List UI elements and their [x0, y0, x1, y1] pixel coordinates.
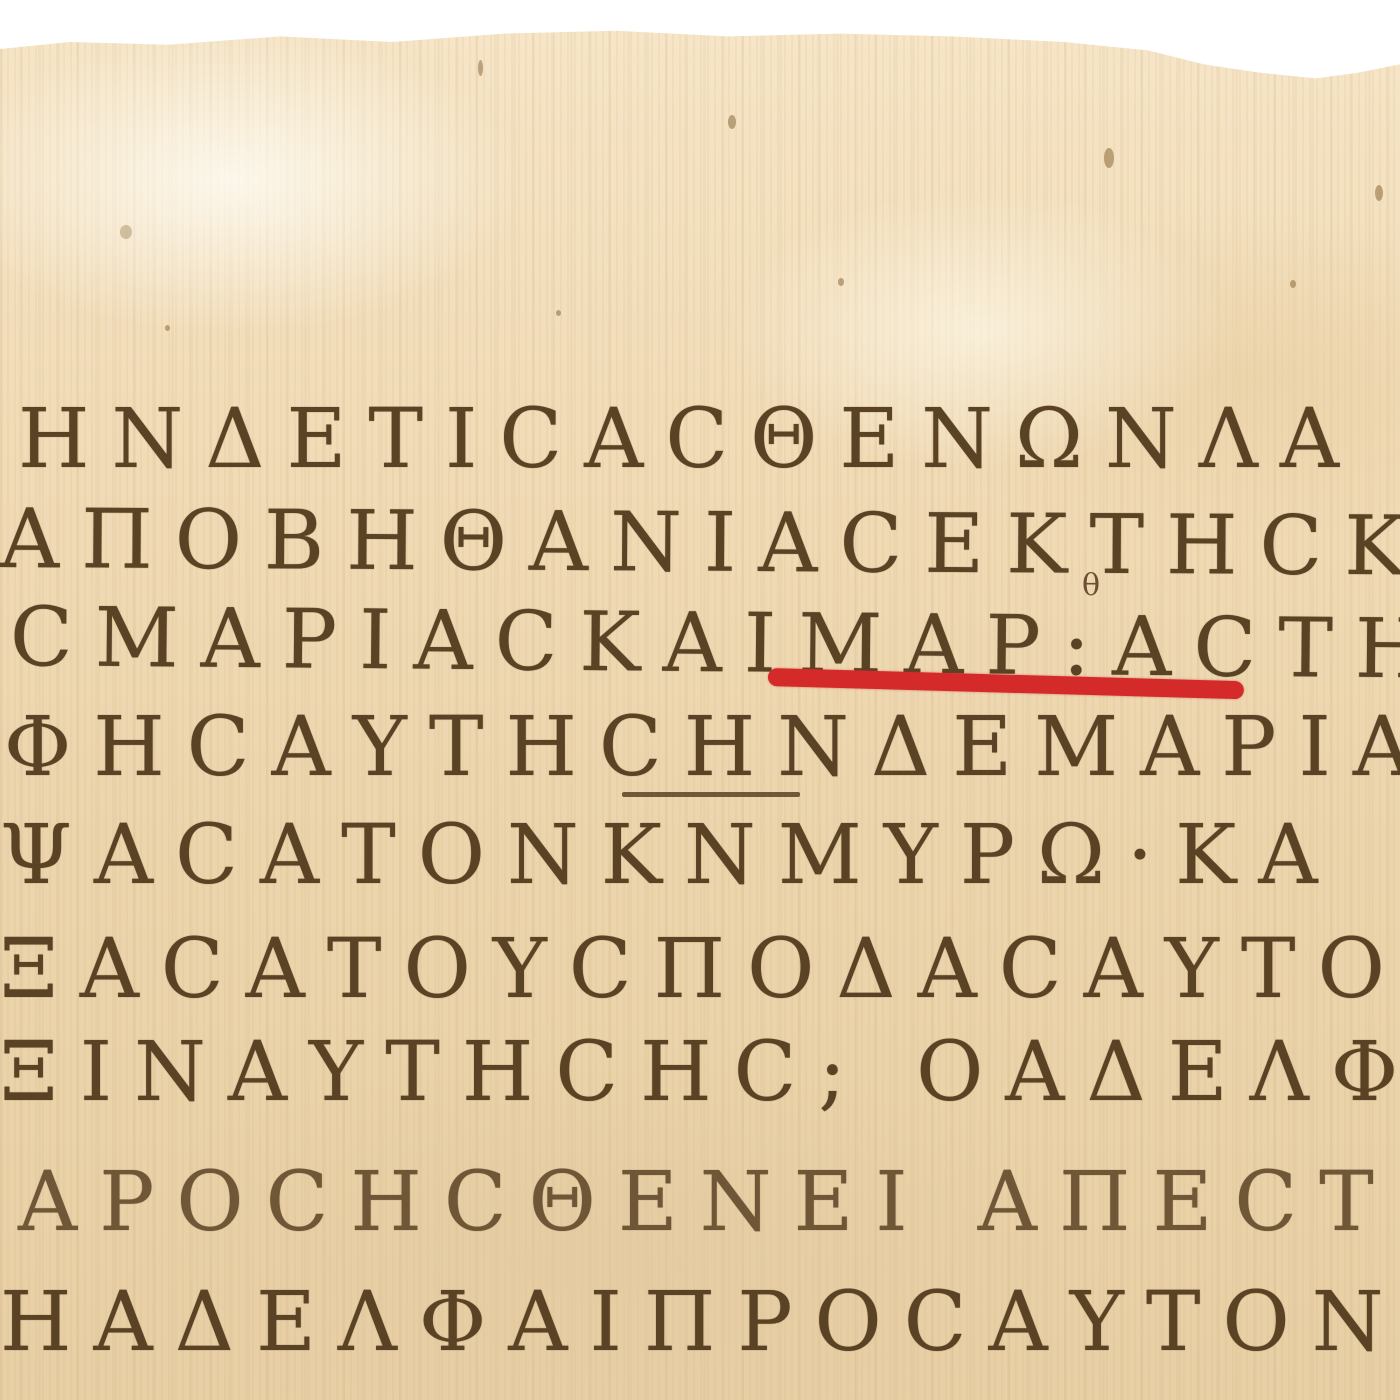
manuscript-text: ΗΝΔΕΤΙCΑCΘΕΝΩΝΛΑ ΑΠΟΒΗΘΑΝΙΑCΕΚΤΗCΚΩ θ CΜ…: [0, 0, 1400, 1400]
corrector-mark: θ: [1082, 568, 1100, 603]
manuscript-line: ΑΠΟΒΗΘΑΝΙΑCΕΚΤΗCΚΩ: [0, 492, 1400, 595]
manuscript-line: ΞΙΝΑΥΤΗCΗC; ΟΑΔΕΛΦ: [0, 1025, 1400, 1120]
manuscript-line: ΗΑΔΕΛΦΑΙΠΡΟCΑΥΤΟΝΛΕΓ: [0, 1275, 1400, 1370]
manuscript-line: ΦΗCΑΥΤΗCΗΝΔΕΜΑΡΙΑ: [4, 700, 1400, 795]
manuscript-line: ΗΝΔΕΤΙCΑCΘΕΝΩΝΛΑ: [18, 392, 1361, 487]
manuscript-line: ΞΑCΑΤΟΥCΠΟΔΑCΑΥΤΟΥ: [0, 922, 1400, 1017]
manuscript-line: ΑΡΟCΗCΘΕΝΕΙ ΑΠΕCΤ: [18, 1155, 1396, 1250]
manuscript-line: ΨΑCΑΤΟΝΚΝΜΥΡΩ·ΚΑ: [0, 808, 1340, 903]
nomen-sacrum-overline: [622, 792, 800, 797]
image-canvas: ΗΝΔΕΤΙCΑCΘΕΝΩΝΛΑ ΑΠΟΒΗΘΑΝΙΑCΕΚΤΗCΚΩ θ CΜ…: [0, 0, 1400, 1400]
